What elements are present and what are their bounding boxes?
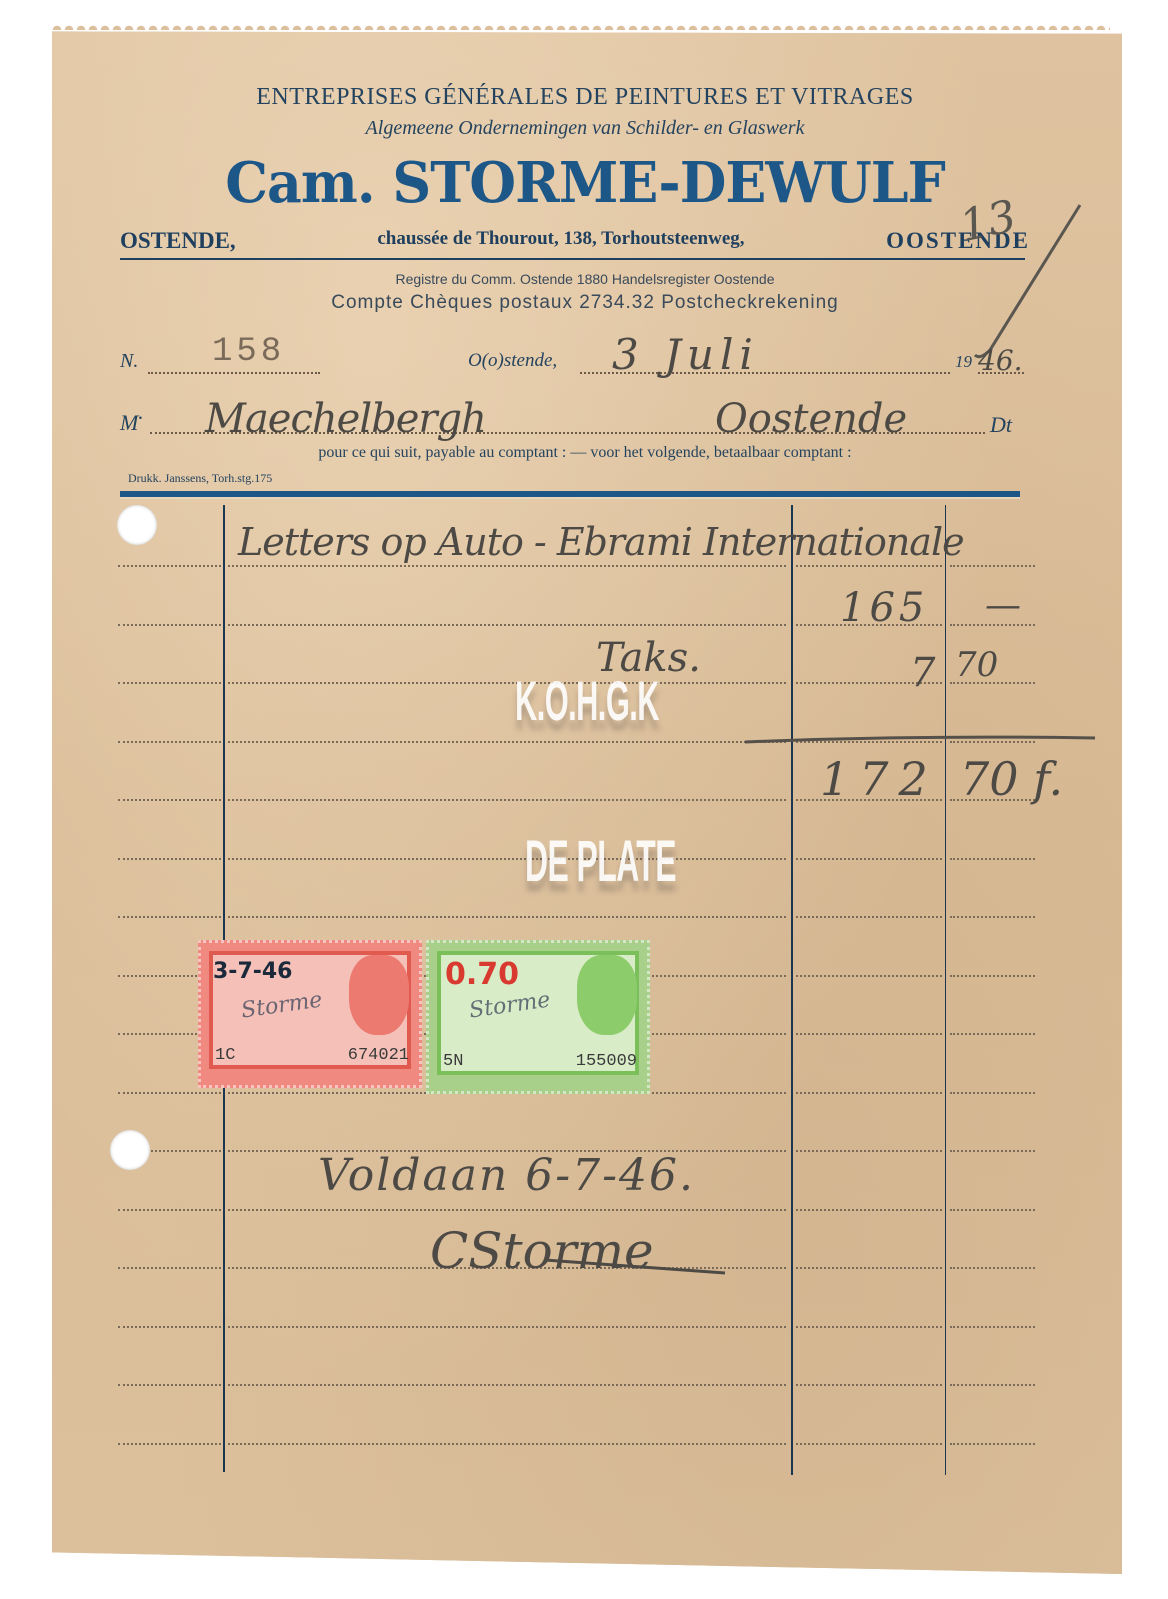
ruled-line bbox=[228, 858, 786, 860]
ruled-line bbox=[950, 858, 1035, 860]
watermark-line1: K.O.H.G.K bbox=[515, 668, 659, 733]
slash-mark-icon bbox=[970, 200, 1090, 360]
ruled-line bbox=[228, 1209, 786, 1211]
ruled-line bbox=[118, 799, 221, 801]
ruled-line bbox=[796, 1150, 942, 1152]
ruled-line bbox=[950, 1209, 1035, 1211]
ruled-line bbox=[118, 624, 221, 626]
company-name: Cam. STORME-DEWULF bbox=[139, 150, 1032, 216]
ruled-line bbox=[228, 624, 786, 626]
ruled-line bbox=[118, 1209, 221, 1211]
address-city-fr: OSTENDE, bbox=[120, 228, 236, 254]
total-francs: 172 bbox=[820, 752, 938, 806]
ruled-line bbox=[950, 1033, 1035, 1035]
ruled-line bbox=[228, 565, 786, 567]
ruled-line bbox=[796, 975, 942, 977]
ruled-line bbox=[796, 1209, 942, 1211]
ruled-line bbox=[228, 916, 786, 918]
total-cents: 70 f. bbox=[960, 752, 1063, 806]
ruled-line bbox=[228, 1326, 786, 1328]
ruled-line bbox=[796, 916, 942, 918]
punch-hole-top bbox=[117, 505, 157, 545]
sum-underline-icon bbox=[740, 730, 1100, 750]
stamp-value-overprint: 0.70 bbox=[445, 957, 519, 992]
ruled-line bbox=[950, 1150, 1035, 1152]
line-item-cents: 70 bbox=[955, 645, 998, 685]
ruled-line bbox=[796, 1033, 942, 1035]
stamp-serial-prefix: 1C bbox=[215, 1046, 235, 1065]
ruled-line bbox=[950, 975, 1035, 977]
place-label: O(o)stende, bbox=[468, 350, 557, 372]
address-street: chaussée de Thourout, 138, Torhoutsteenw… bbox=[377, 228, 744, 254]
invoice-year: 46. bbox=[978, 344, 1023, 377]
watermark-line2: DE PLATE bbox=[525, 828, 676, 895]
stamp-portrait-icon bbox=[349, 955, 409, 1035]
revenue-stamp-green: 0.70 Storme 5N 155009 bbox=[426, 940, 650, 1094]
number-field-line bbox=[148, 372, 320, 374]
line-item-cents: — bbox=[985, 585, 1021, 626]
stamp-serial-number: 674021 bbox=[348, 1046, 409, 1065]
ruled-line bbox=[118, 858, 221, 860]
ruled-line bbox=[228, 741, 786, 743]
perforated-top-edge bbox=[52, 20, 1110, 30]
stamp-serial: 5N 155009 bbox=[443, 1052, 637, 1071]
ruled-line bbox=[118, 1443, 221, 1445]
stamp-portrait-icon bbox=[577, 955, 637, 1035]
ruled-line bbox=[118, 916, 221, 918]
header-rule bbox=[120, 258, 1025, 260]
line-item-francs: 7 bbox=[910, 650, 935, 696]
ruled-line bbox=[228, 1443, 786, 1445]
ruled-line bbox=[118, 1092, 221, 1094]
ruled-line bbox=[796, 1443, 942, 1445]
ruled-line bbox=[796, 1326, 942, 1328]
payment-terms: pour ce qui suit, payable au comptant : … bbox=[120, 444, 1050, 462]
signature-underline-icon bbox=[540, 1255, 730, 1280]
debit-label: Dt bbox=[990, 412, 1012, 438]
recipient-label: M• bbox=[120, 410, 142, 436]
postal-account: Compte Chèques postaux 2734.32 Postcheck… bbox=[120, 292, 1050, 314]
line-item-description: Letters op Auto - Ebrami Internationale bbox=[238, 520, 964, 564]
company-address: OSTENDE, chaussée de Thourout, 138, Torh… bbox=[120, 228, 1030, 254]
recipient-name: Maechelbergh bbox=[205, 396, 486, 442]
ruled-line bbox=[228, 799, 786, 801]
paid-note: Voldaan 6-7-46. bbox=[318, 1150, 695, 1201]
stamp-serial: 1C 674021 bbox=[215, 1046, 409, 1065]
letterhead-line-dutch: Algemeene Ondernemingen van Schilder- en… bbox=[120, 117, 1050, 140]
trade-registry: Registre du Comm. Ostende 1880 Handelsre… bbox=[120, 271, 1050, 287]
printer-credit: Drukk. Janssens, Torh.stg.175 bbox=[128, 471, 272, 486]
ruled-line bbox=[118, 1267, 221, 1269]
column-divider-francs bbox=[791, 505, 793, 1475]
number-label: N. bbox=[120, 350, 138, 373]
punch-hole-bottom bbox=[110, 1130, 150, 1170]
recipient-city: Oostende bbox=[715, 396, 907, 442]
ruled-line bbox=[796, 858, 942, 860]
ruled-line bbox=[228, 682, 786, 684]
ruled-line bbox=[118, 1326, 221, 1328]
ruled-line bbox=[950, 916, 1035, 918]
stamp-serial-number: 155009 bbox=[576, 1052, 637, 1071]
letterhead-line-french: ENTREPRISES GÉNÉRALES DE PEINTURES ET VI… bbox=[120, 84, 1050, 111]
column-divider-cents bbox=[945, 505, 946, 1475]
ruled-line bbox=[118, 682, 221, 684]
ruled-line bbox=[796, 565, 942, 567]
ruled-line bbox=[796, 1092, 942, 1094]
ruled-line bbox=[796, 1384, 942, 1386]
ruled-line bbox=[228, 1384, 786, 1386]
year-prefix: 19 bbox=[955, 352, 972, 372]
stamp-serial-prefix: 5N bbox=[443, 1052, 463, 1071]
ruled-line bbox=[118, 565, 221, 567]
ruled-line bbox=[950, 565, 1035, 567]
ruled-line bbox=[950, 1326, 1035, 1328]
revenue-stamp-red: 3-7-46 Storme 1C 674021 bbox=[198, 940, 422, 1088]
line-item-francs: 165 bbox=[840, 585, 928, 631]
invoice-number: 158 bbox=[212, 333, 285, 371]
recipient-label-text: M bbox=[120, 410, 138, 435]
stamp-cancel-date: 3-7-46 bbox=[213, 959, 293, 984]
invoice-date: 3 Juli bbox=[612, 330, 759, 379]
table-top-rule bbox=[120, 491, 1020, 499]
ruled-line bbox=[118, 1384, 221, 1386]
ruled-line bbox=[950, 1092, 1035, 1094]
ruled-line bbox=[950, 1384, 1035, 1386]
ruled-line bbox=[950, 1443, 1035, 1445]
ruled-line bbox=[950, 1267, 1035, 1269]
ruled-line bbox=[118, 741, 221, 743]
ruled-line bbox=[796, 1267, 942, 1269]
